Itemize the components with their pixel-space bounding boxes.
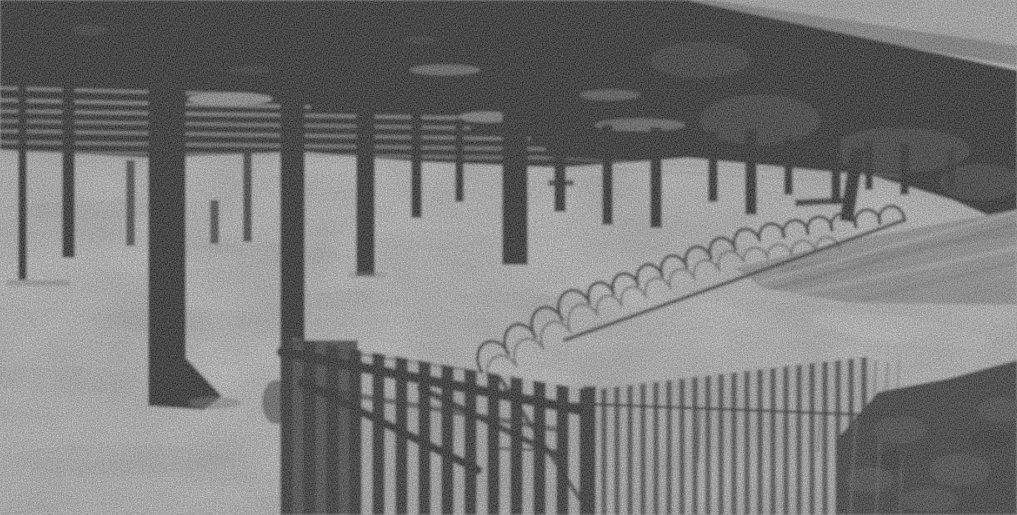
film-grain-light-overlay (0, 0, 1017, 515)
photo-canvas (0, 0, 1017, 515)
photograph: Grainy black-and-white winter photograph… (0, 0, 1017, 515)
